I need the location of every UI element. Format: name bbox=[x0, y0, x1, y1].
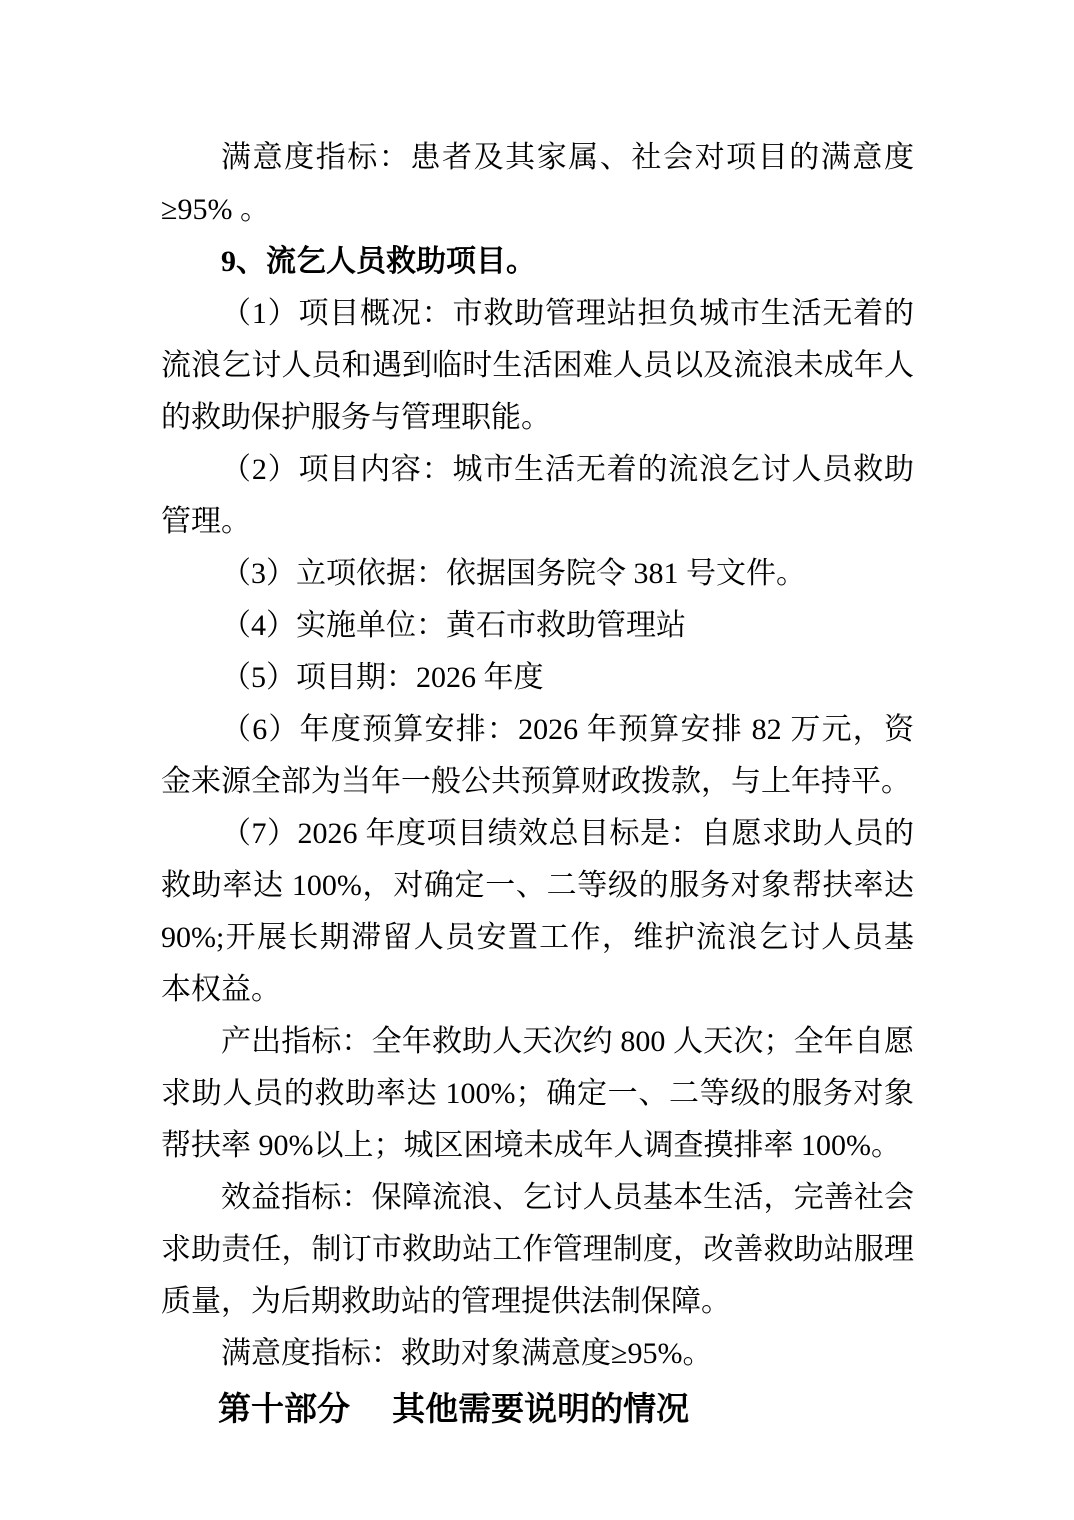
paragraph-satisfaction-indicator: 满意度指标：救助对象满意度≥95%。 bbox=[161, 1328, 914, 1380]
section-heading-part10: 第十部分 其他需要说明的情况 bbox=[161, 1380, 914, 1438]
paragraph-output-indicator: 产出指标：全年救助人天次约 800 人天次；全年自愿求助人员的救助率达 100%… bbox=[161, 1016, 914, 1172]
paragraph-project9-title: 9、流乞人员救助项目。 bbox=[161, 236, 914, 288]
paragraph-performance-goal: （7）2026 年度项目绩效总目标是：自愿求助人员的救助率达 100%，对确定一… bbox=[161, 808, 914, 1016]
paragraph-implementing-unit: （4）实施单位：黄石市救助管理站 bbox=[161, 600, 914, 652]
paragraph-annual-budget: （6）年度预算安排：2026 年预算安排 82 万元，资金来源全部为当年一般公共… bbox=[161, 704, 914, 808]
paragraph-project-period: （5）项目期：2026 年度 bbox=[161, 652, 914, 704]
paragraph-benefit-indicator: 效益指标：保障流浪、乞讨人员基本生活，完善社会求助责任，制订市救助站工作管理制度… bbox=[161, 1172, 914, 1328]
document-page: 满意度指标：患者及其家属、社会对项目的满意度≥95% 。 9、流乞人员救助项目。… bbox=[0, 0, 1074, 1520]
paragraph-project-content: （2）项目内容：城市生活无着的流浪乞讨人员救助管理。 bbox=[161, 444, 914, 548]
paragraph-project-overview: （1）项目概况：市救助管理站担负城市生活无着的流浪乞讨人员和遇到临时生活困难人员… bbox=[161, 288, 914, 444]
paragraph-satisfaction-indicator-prev: 满意度指标：患者及其家属、社会对项目的满意度≥95% 。 bbox=[161, 132, 914, 236]
paragraph-project-basis: （3）立项依据：依据国务院令 381 号文件。 bbox=[161, 548, 914, 600]
document-body: 满意度指标：患者及其家属、社会对项目的满意度≥95% 。 9、流乞人员救助项目。… bbox=[161, 132, 914, 1438]
